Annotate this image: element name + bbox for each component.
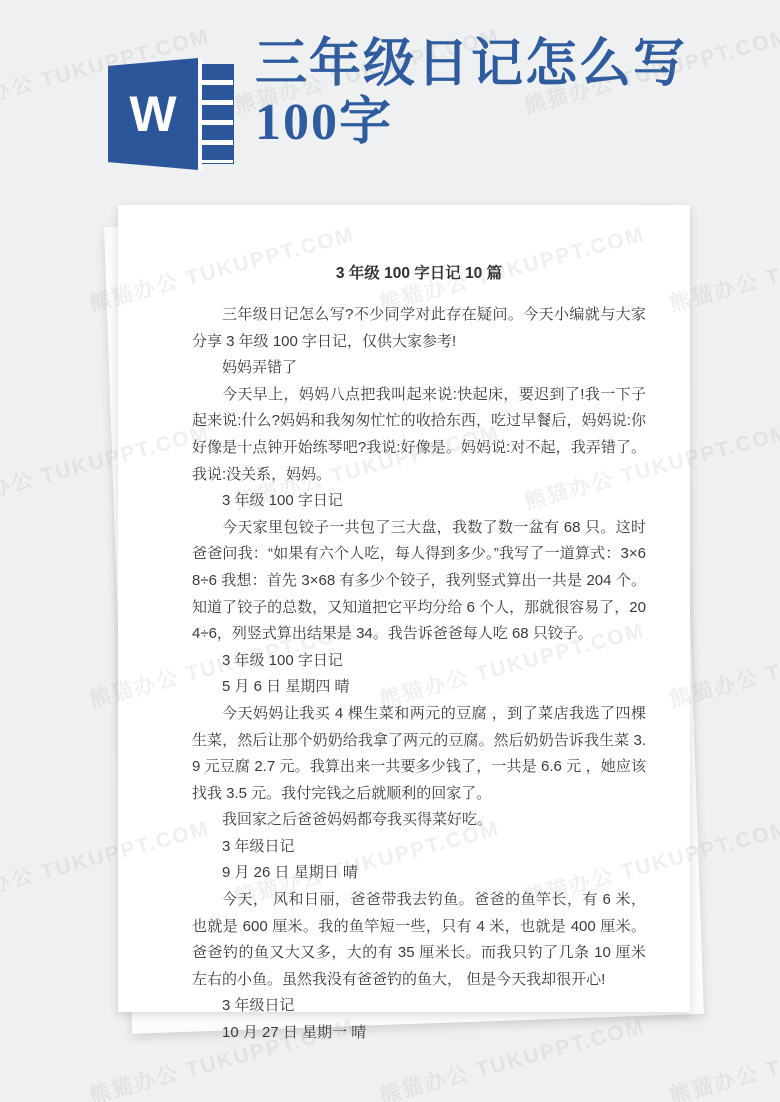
- document-paragraph: 9 月 26 日 星期日 晴: [192, 860, 646, 887]
- document-paragraph: 三年级日记怎么写?不少同学对此存在疑问。今天小编就与大家分享 3 年级 100 …: [192, 302, 646, 355]
- document-paragraph: 5 月 6 日 星期四 晴: [192, 674, 646, 701]
- document-paragraph: 妈妈弄错了: [192, 355, 646, 382]
- document-paragraph: 3 年级 100 字日记: [192, 648, 646, 675]
- word-icon-letter-panel: W: [108, 58, 198, 170]
- header: W 三年级日记怎么写100字: [108, 50, 708, 180]
- document-paragraph: 今天妈妈让我买 4 棵生菜和两元的豆腐 ，到了菜店我选了四棵生菜，然后让那个奶奶…: [192, 701, 646, 807]
- document-paragraph: 3 年级日记: [192, 993, 646, 1020]
- document-paragraph: 3 年级 100 字日记: [192, 488, 646, 515]
- page-title-line1: 三年级日记怎么写: [255, 36, 687, 93]
- page-title-line2: 100字: [255, 94, 393, 151]
- document-paragraph: 10 月 27 日 星期一 晴: [192, 1020, 646, 1047]
- word-icon-letter: W: [129, 89, 176, 139]
- document-paragraph: 3 年级日记: [192, 834, 646, 861]
- document-body: 三年级日记怎么写?不少同学对此存在疑问。今天小编就与大家分享 3 年级 100 …: [192, 302, 646, 1047]
- document-paragraph: 今天早上，妈妈八点把我叫起来说:快起床，要迟到了!我一下子起来说:什么?妈妈和我…: [192, 382, 646, 488]
- word-document-icon: W: [108, 58, 236, 170]
- document-paragraph: 我回家之后爸爸妈妈都夸我买得菜好吃。: [192, 807, 646, 834]
- page-title: 三年级日记怎么写100字: [255, 36, 705, 152]
- document-content: 3 年级 100 字日记 10 篇 三年级日记怎么写?不少同学对此存在疑问。今天…: [118, 205, 690, 1047]
- document-page: 3 年级 100 字日记 10 篇 三年级日记怎么写?不少同学对此存在疑问。今天…: [118, 205, 690, 1012]
- document-paragraph: 今天家里包铰子一共包了三大盘，我数了数一盆有 68 只。这时爸爸问我：“如果有六…: [192, 515, 646, 648]
- document-paragraph: 今天， 风和日丽，爸爸带我去钓鱼。爸爸的鱼竿长，有 6 米，也就是 600 厘米…: [192, 887, 646, 993]
- document-title: 3 年级 100 字日记 10 篇: [192, 261, 646, 287]
